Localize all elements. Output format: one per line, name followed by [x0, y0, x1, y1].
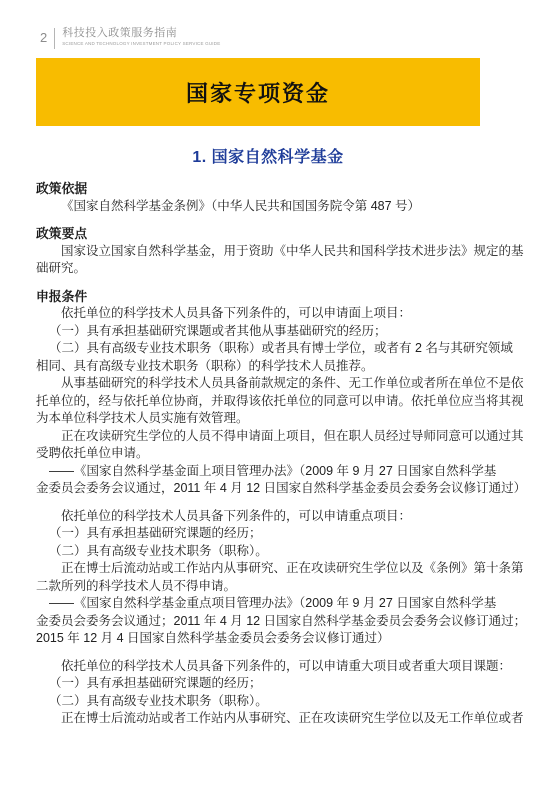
header-divider: [54, 28, 55, 49]
text-line: 2015 年 12 月 4 日国家自然科学基金委员会委务会议修订通过）: [36, 630, 500, 648]
text-line: 础研究。: [36, 260, 500, 278]
text-line: （二）具有高级专业技术职务（职称）或者具有博士学位，或者有 2 名与其研究领域: [36, 340, 500, 358]
guide-subtitle-en: SCIENCE AND TECHNOLOGY INVESTMENT POLICY…: [62, 41, 220, 47]
header-text: 科技投入政策服务指南 SCIENCE AND TECHNOLOGY INVEST…: [62, 26, 220, 47]
text-line: 正在博士后流动站或工作站内从事研究、正在攻读研究生学位以及《条例》第十条第: [36, 560, 500, 578]
document-body: 1. 国家自然科学基金 政策依据《国家自然科学基金条例》（中华人民共和国国务院令…: [36, 148, 500, 728]
subheading: 政策依据: [36, 180, 500, 198]
text-line: ——《国家自然科学基金面上项目管理办法》（2009 年 9 月 27 日国家自然…: [36, 463, 500, 481]
page-header: 2 科技投入政策服务指南 SCIENCE AND TECHNOLOGY INVE…: [40, 26, 220, 49]
text-line: 依托单位的科学技术人员具备下列条件的，可以申请重大项目或者重大项目课题：: [36, 658, 500, 676]
text-line: 国家设立国家自然科学基金，用于资助《中华人民共和国科学技术进步法》规定的基: [36, 243, 500, 261]
paragraph-gap: [36, 648, 500, 658]
document-page: 2 科技投入政策服务指南 SCIENCE AND TECHNOLOGY INVE…: [0, 0, 536, 793]
text-line: （二）具有高级专业技术职务（职称）。: [36, 693, 500, 711]
text-line: 依托单位的科学技术人员具备下列条件的，可以申请重点项目：: [36, 508, 500, 526]
text-line: 金委员会委务会议通过，2011 年 4 月 12 日国家自然科学基金委员会委务会…: [36, 480, 500, 498]
text-line: 正在博士后流动站或者工作站内从事研究、正在攻读研究生学位以及无工作单位或者: [36, 710, 500, 728]
subheading: 政策要点: [36, 225, 500, 243]
paragraph-gap: [36, 215, 500, 225]
text-line: 金委员会委务会议通过；2011 年 4 月 12 日国家自然科学基金委员会委务会…: [36, 613, 500, 631]
chapter-banner: 国家专项资金: [36, 58, 480, 126]
page-number: 2: [40, 26, 47, 48]
text-line: （一）具有承担基础研究课题的经历；: [36, 675, 500, 693]
content-lines: 政策依据《国家自然科学基金条例》（中华人民共和国国务院令第 487 号）政策要点…: [36, 180, 500, 728]
text-line: 为本单位科学技术人员实施有效管理。: [36, 410, 500, 428]
text-line: （一）具有承担基础研究课题或者其他从事基础研究的经历；: [36, 323, 500, 341]
text-line: ——《国家自然科学基金重点项目管理办法》（2009 年 9 月 27 日国家自然…: [36, 595, 500, 613]
text-line: 相同、具有高级专业技术职务（职称）的科学技术人员推荐。: [36, 358, 500, 376]
text-line: 从事基础研究的科学技术人员具备前款规定的条件、无工作单位或者所在单位不是依: [36, 375, 500, 393]
guide-title: 科技投入政策服务指南: [62, 26, 220, 40]
subheading: 申报条件: [36, 288, 500, 306]
paragraph-gap: [36, 278, 500, 288]
text-line: 受聘依托单位申请。: [36, 445, 500, 463]
text-line: （一）具有承担基础研究课题的经历；: [36, 525, 500, 543]
text-line: 《国家自然科学基金条例》（中华人民共和国国务院令第 487 号）: [36, 198, 500, 216]
text-line: 正在攻读研究生学位的人员不得申请面上项目，但在职人员经过导师同意可以通过其: [36, 428, 500, 446]
text-line: 依托单位的科学技术人员具备下列条件的，可以申请面上项目：: [36, 305, 500, 323]
chapter-banner-title: 国家专项资金: [186, 77, 330, 108]
text-line: 托单位的，经与依托单位协商，并取得该依托单位的同意可以申请。依托单位应当将其视: [36, 393, 500, 411]
text-line: （二）具有高级专业技术职务（职称）。: [36, 543, 500, 561]
section-heading: 1. 国家自然科学基金: [36, 148, 500, 168]
paragraph-gap: [36, 498, 500, 508]
text-line: 二款所列的科学技术人员不得申请。: [36, 578, 500, 596]
